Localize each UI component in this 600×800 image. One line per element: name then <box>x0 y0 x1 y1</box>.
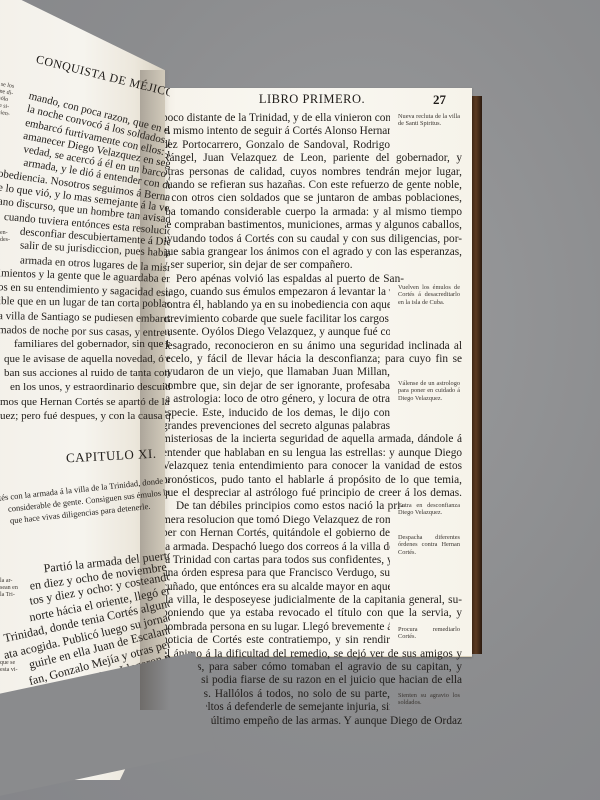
text-line: nombrada persona en su lugar. Llegó brev… <box>162 621 390 634</box>
text-line: la armada. Despachó luego dos correos á … <box>162 541 390 554</box>
margin-note: Nueva recluta de la villa de Santi Spiri… <box>398 113 460 128</box>
margin-note: Procura remediarlo Cortés. <box>398 626 460 641</box>
text-line: y con otros cien soldados que se juntaro… <box>162 192 462 205</box>
margin-note: Entra en desconfianza Diego Velazquez. <box>398 502 460 517</box>
text-line: mos que Hernan Cortés se apartó de la ob… <box>0 395 170 409</box>
text-line: mera resolucion que tomó Diego Velazquez… <box>162 514 390 527</box>
text-line: que el despreciar al astrólogo fué princ… <box>162 487 462 500</box>
text-line: dez Portocarrero, Gonzalo de Sandoval, R… <box>162 139 390 152</box>
text-line: la Trinidad con cartas para todos sus co… <box>162 554 390 567</box>
text-line: ban sus acciones al ruido de tanta conmo… <box>0 366 170 380</box>
page-number: 27 <box>433 92 446 108</box>
chapter-heading: CAPITULO XI. <box>66 446 157 467</box>
text-line: entender que hablaban en su lengua las e… <box>162 447 462 460</box>
text-line: en los unos, y estraordinario descuido e… <box>0 380 170 394</box>
text-line: ayudaron de un viejo, que llamaban Juan … <box>162 366 390 379</box>
text-line: poco distante de la Trinidad, y de ella … <box>162 112 390 125</box>
margin-note: Despacha diferentes órdenes contra Herna… <box>398 534 460 556</box>
right-page-header: LIBRO PRIMERO. 27 <box>164 92 460 112</box>
margin-note: Válense de un astrologo para poner en cu… <box>398 380 460 402</box>
text-line: tiago, cuando sus émulos empezaron á lev… <box>162 286 390 299</box>
margin-note: Vuelven los émulos de Cortés á desacredi… <box>398 284 460 306</box>
margin-note-line: des- <box>0 237 30 244</box>
text-line: conocer si podia fiarse de su razon en e… <box>162 674 462 687</box>
text-line: uez; pero fué despues, y con la causa qu… <box>0 409 170 423</box>
text-line: familiares del gobernador, sin que hubie… <box>0 337 170 351</box>
text-line: iba tomando considerable cuerpo la armad… <box>162 206 462 219</box>
text-line: especie. Este, inducido de los demas, le… <box>162 407 390 420</box>
text-line: Rángel, Juan Velazquez de Leon, pariente… <box>162 152 462 165</box>
text-line: cuando se refieran sus hazañas. Con este… <box>162 179 462 192</box>
left-page-text: CONQUISTA DE MÉJICO. se los ne di- sólo … <box>0 0 170 760</box>
text-line: hombre que, sin dejar de ser ignorante, … <box>162 380 390 393</box>
margin-note: Sienten su agravio los soldados. <box>398 692 460 707</box>
text-line: que sabia grangear los ánimos con el agr… <box>162 246 462 259</box>
text-line: contra él, hablando ya en su inobedienci… <box>162 299 390 312</box>
text-line: Pero apénas volvió las espaldas al puert… <box>162 273 404 286</box>
text-line: soldados, para saber cómo tomaban el agr… <box>162 661 462 674</box>
text-line: se compraban bastimentos, municiones, ar… <box>162 219 462 232</box>
text-line: una órden espresa para que Francisco Ver… <box>162 567 390 580</box>
text-line: ayudando todos á Cortés con su caudal y … <box>162 233 462 246</box>
left-body-text: mando, con poca razon, que en el medio l… <box>0 80 170 423</box>
text-line: que le avisase de aquella novedad, ó des… <box>0 352 170 366</box>
text-line: otras personas de calidad, cuyos nombres… <box>162 166 462 179</box>
text-line: el mismo intento de seguir á Cortés Alon… <box>162 125 390 138</box>
chapter-summary: rtés con la armada á la villa de la Trin… <box>0 492 170 528</box>
text-line: grandes prevenciones del secreto algunas… <box>162 420 390 433</box>
text-line: recelo, y fácil de llevar hácia la desco… <box>162 353 462 366</box>
text-line: Velazquez tenia entendimiento para conoc… <box>162 460 462 473</box>
text-line: ausente. Oyólos Diego Velazquez, y aunqu… <box>162 326 390 339</box>
right-running-title: LIBRO PRIMERO. <box>164 92 460 107</box>
text-line: pronósticos, pudo tanto el hablarle á pr… <box>162 474 462 487</box>
margin-note-line: en- <box>0 230 30 237</box>
text-line: atrevimiento cobarde que suele facilitar… <box>162 313 390 326</box>
right-page: LIBRO PRIMERO. 27 poco distante de la Tr… <box>150 88 472 657</box>
text-line: desagrado, reconocieron en su ánimo una … <box>162 340 462 353</box>
text-line: el ánimo á la dificultad del remedio, se… <box>162 648 462 661</box>
text-line: lla villa, le desposeyese judicialmente … <box>162 594 462 607</box>
text-line: noticia de Cortés este contratiempo, y s… <box>162 634 390 647</box>
text-line: De tan débiles principios como estos nac… <box>162 500 404 513</box>
text-line: misteriosas de la incierta seguridad de … <box>162 433 462 446</box>
text-line: per con Hernan Cortés, quitándole el gob… <box>162 527 390 540</box>
text-line: y ser superior, sin dejar de ser compañe… <box>162 259 462 272</box>
left-margin-note-mid: en- des- <box>0 230 30 244</box>
text-line: cuñado, que entónces era su alcalde mayo… <box>162 581 390 594</box>
text-line: la astrologia: loco de otro género, y lo… <box>162 393 390 406</box>
text-line: poniendo que ya estaba revocado el títul… <box>162 607 462 620</box>
